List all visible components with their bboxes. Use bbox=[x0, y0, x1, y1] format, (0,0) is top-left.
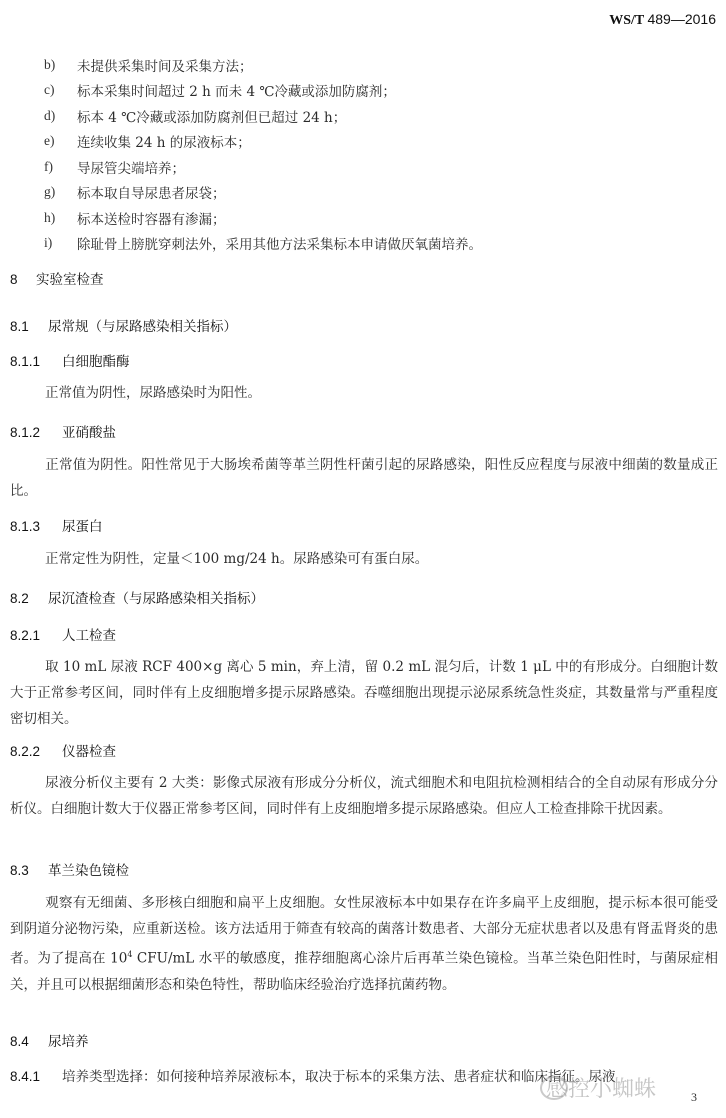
standard-prefix: WS/T bbox=[609, 13, 644, 28]
section-heading-8: 8实验室检查 bbox=[10, 268, 104, 288]
section-heading-8-1: 8.1尿常规（与尿路感染相关指标） bbox=[10, 315, 237, 335]
section-heading-8-1-3: 8.1.3尿蛋白 bbox=[10, 515, 103, 535]
paragraph-8-1-3: 正常定性为阴性，定量＜100 mg/24 h。尿路感染可有蛋白尿。 bbox=[10, 546, 718, 572]
list-item: d)标本 4 ℃冷藏或添加防腐剂但已超过 24 h； bbox=[44, 103, 482, 129]
paragraph-8-3: 观察有无细菌、多形核白细胞和扁平上皮细胞。女性尿液标本中如果存在许多扁平上皮细胞… bbox=[10, 890, 718, 998]
paragraph-8-2-1: 取 10 mL 尿液 RCF 400×g 离心 5 min，弃上清，留 0.2 … bbox=[10, 654, 718, 732]
standard-number: 489—2016 bbox=[647, 11, 716, 27]
list-item: i)除耻骨上膀胱穿刺法外，采用其他方法采集标本申请做厌氧菌培养。 bbox=[44, 231, 482, 257]
section-heading-8-1-2: 8.1.2亚硝酸盐 bbox=[10, 421, 116, 441]
page-number: 3 bbox=[691, 1090, 697, 1105]
section-heading-8-4: 8.4尿培养 bbox=[10, 1030, 89, 1050]
paragraph-8-2-2: 尿液分析仪主要有 2 大类：影像式尿液有形成分分析仪，流式细胞术和电阻抗检测相结… bbox=[10, 770, 718, 822]
paragraph-8-1-2: 正常值为阴性。阳性常见于大肠埃希菌等革兰阴性杆菌引起的尿路感染，阳性反应程度与尿… bbox=[10, 452, 718, 504]
section-heading-8-3: 8.3革兰染色镜检 bbox=[10, 859, 129, 879]
list-item: h)标本送检时容器有渗漏； bbox=[44, 205, 482, 231]
section-heading-8-1-1: 8.1.1白细胞酯酶 bbox=[10, 350, 130, 370]
paragraph-8-1-1: 正常值为阴性，尿路感染时为阳性。 bbox=[10, 380, 718, 406]
section-heading-8-2-2: 8.2.2仪器检查 bbox=[10, 740, 116, 760]
list-item: g)标本取自导尿患者尿袋； bbox=[44, 180, 482, 206]
list-item: b)未提供采集时间及采集方法； bbox=[44, 52, 482, 78]
list-item: f)导尿管尖端培养； bbox=[44, 154, 482, 180]
watermark: 感控小蜘蛛 bbox=[546, 1072, 656, 1103]
exclusion-list: b)未提供采集时间及采集方法； c)标本采集时间超过 2 h 而未 4 ℃冷藏或… bbox=[44, 52, 482, 256]
section-heading-8-2: 8.2尿沉渣检查（与尿路感染相关指标） bbox=[10, 587, 264, 607]
list-item: c)标本采集时间超过 2 h 而未 4 ℃冷藏或添加防腐剂； bbox=[44, 78, 482, 104]
list-item: e)连续收集 24 h 的尿液标本； bbox=[44, 129, 482, 155]
section-heading-8-2-1: 8.2.1人工检查 bbox=[10, 624, 116, 644]
standard-code: WS/T 489—2016 bbox=[609, 11, 716, 29]
